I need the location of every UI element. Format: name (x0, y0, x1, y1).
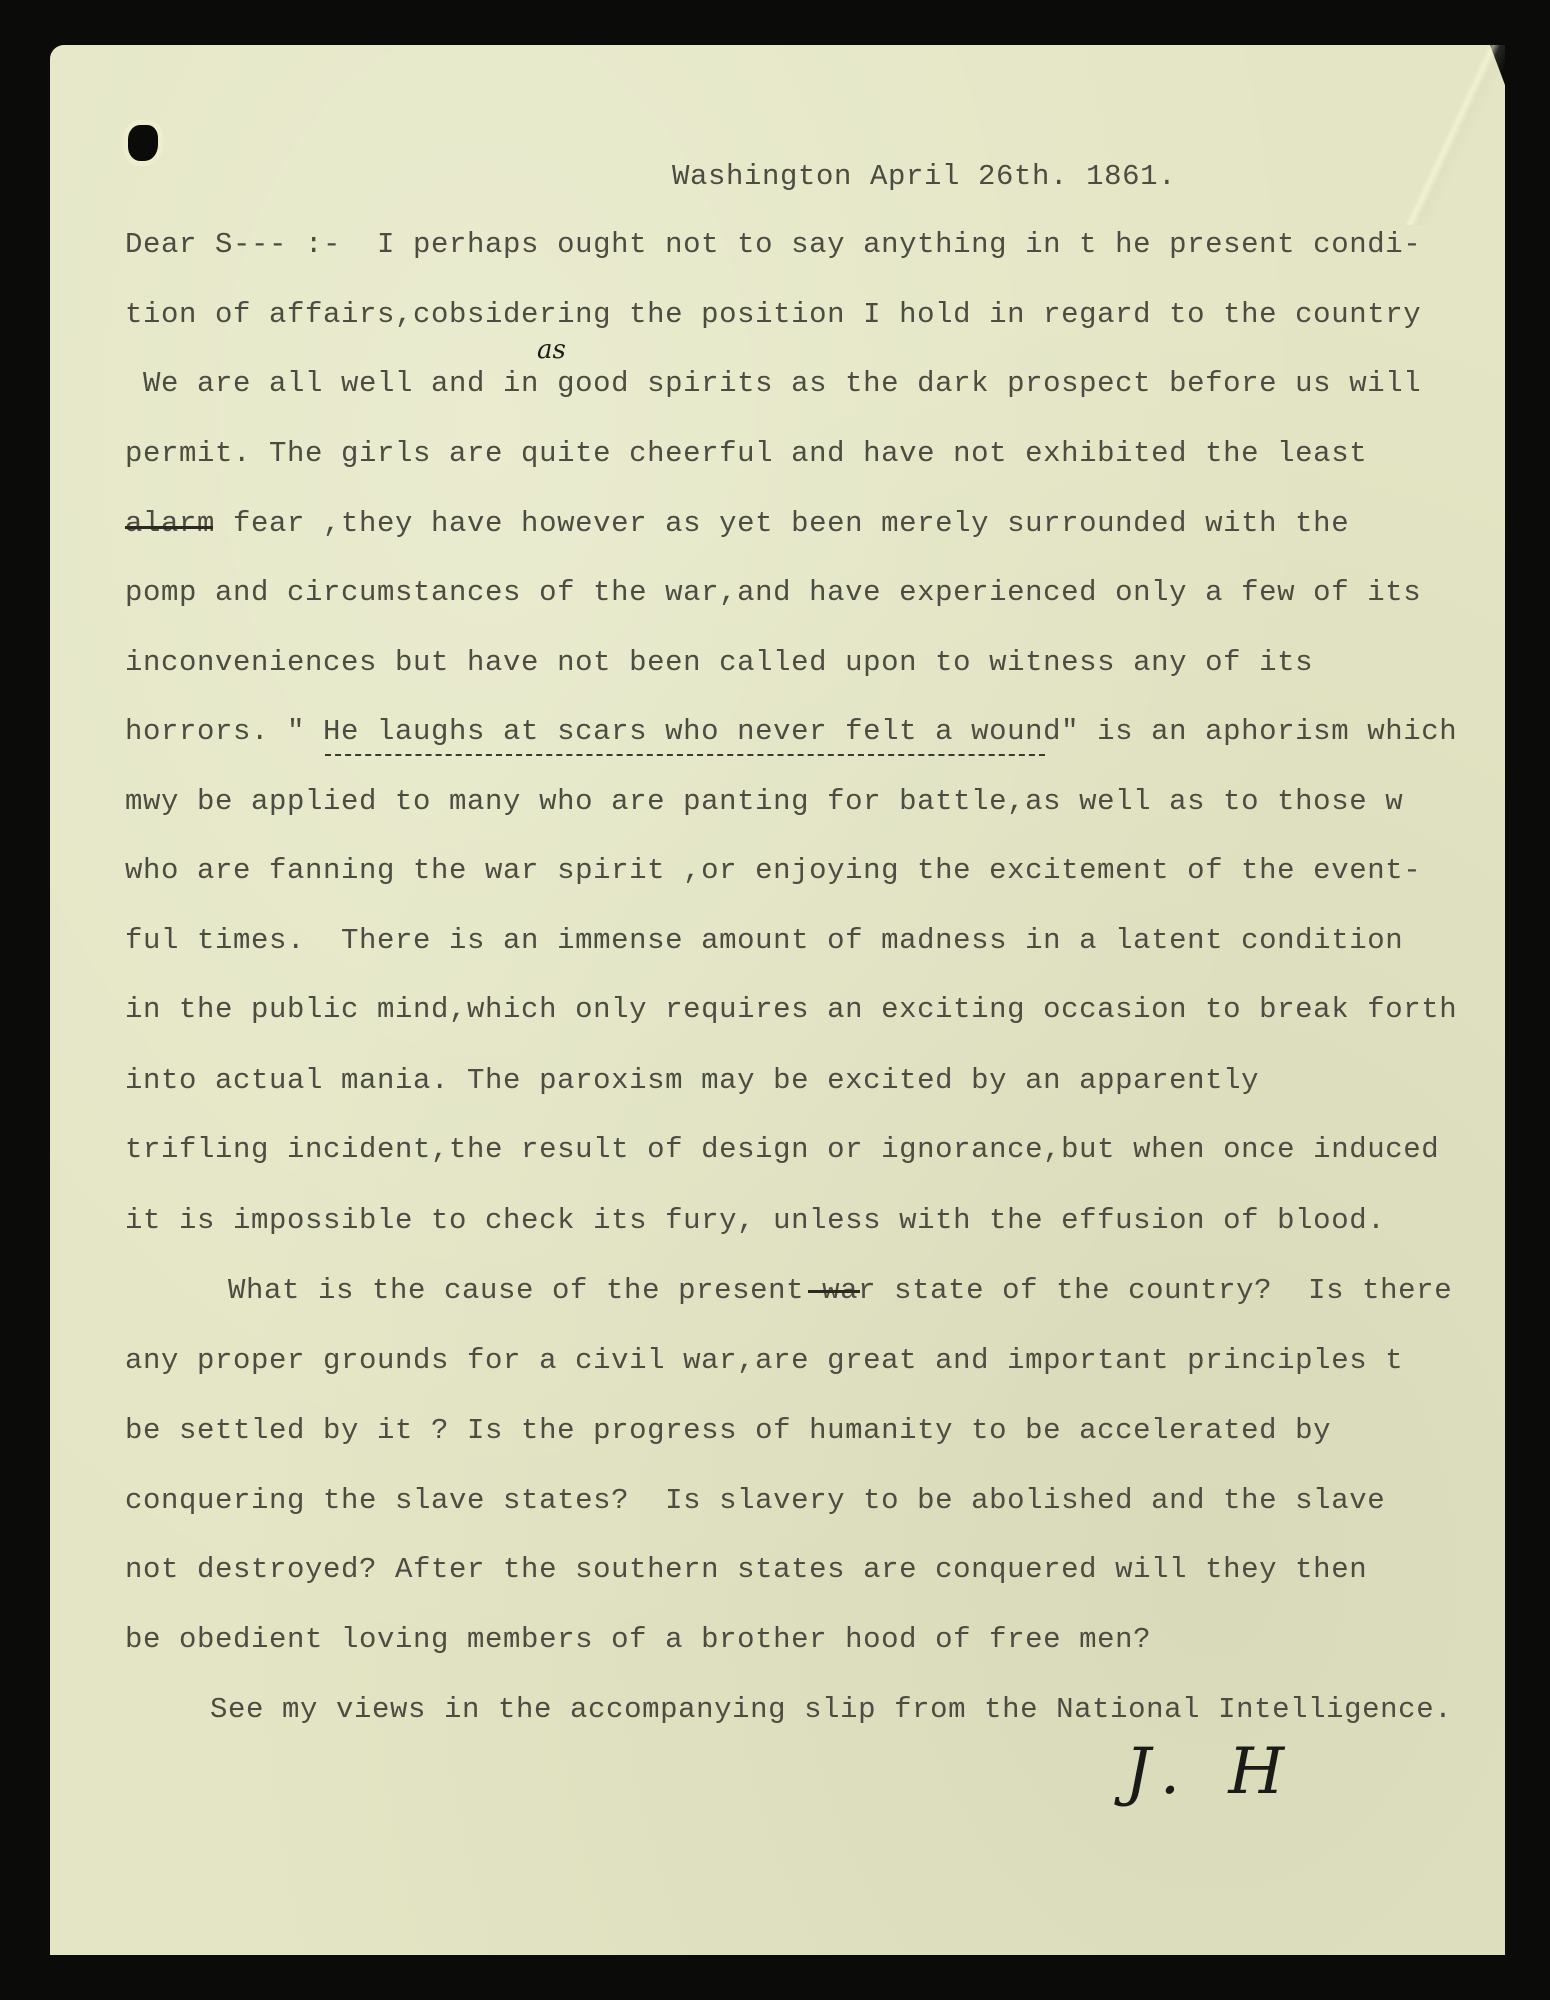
letter-line-4: permit. The girls are quite cheerful and… (125, 439, 1367, 468)
handwritten-insert-as: as (537, 335, 566, 365)
letter-line-3: We are all well and in good spirits as t… (125, 369, 1421, 398)
letter-line-8: horrors. " He laughs at scars who never … (125, 717, 1457, 746)
signature: J. H (1125, 1735, 1298, 1809)
letter-line-13: into actual mania. The paroxism may be e… (125, 1066, 1259, 1095)
letter-line-15: it is impossible to check its fury, unle… (125, 1206, 1385, 1235)
strikethrough-alarm (125, 526, 213, 529)
paragraph2-line-3: be settled by it ? Is the progress of hu… (125, 1416, 1331, 1445)
paragraph2-line-2: any proper grounds for a civil war,are g… (125, 1346, 1403, 1375)
paragraph2-line-5: not destroyed? After the southern states… (125, 1555, 1367, 1584)
letter-line-7: inconveniences but have not been called … (125, 648, 1313, 677)
letter-line-2: tion of affairs,cobsidering the position… (125, 300, 1421, 329)
quote-underline (325, 752, 1045, 756)
letter-line-9: mwy be applied to many who are panting f… (125, 787, 1403, 816)
letter-line-14: trifling incident,the result of design o… (125, 1135, 1439, 1164)
letter-line-10: who are fanning the war spirit ,or enjoy… (125, 856, 1421, 885)
letter-line-6: pomp and circumstances of the war,and ha… (125, 578, 1421, 607)
paragraph2-line-4: conquering the slave states? Is slavery … (125, 1486, 1385, 1515)
punch-hole (128, 125, 158, 161)
postscript: See my views in the accompanying slip fr… (210, 1695, 1452, 1724)
paragraph2-line-6: be obedient loving members of a brother … (125, 1625, 1151, 1654)
strikethrough-war (808, 1290, 860, 1293)
letter-line-5: alarm fear ,they have however as yet bee… (125, 509, 1349, 538)
letter-line-12: in the public mind,which only requires a… (125, 995, 1457, 1024)
place-date: Washington April 26th. 1861. (672, 162, 1176, 191)
letter-line-1: Dear S--- :- I perhaps ought not to say … (125, 230, 1421, 259)
letter-line-11: ful times. There is an immense amount of… (125, 926, 1403, 955)
